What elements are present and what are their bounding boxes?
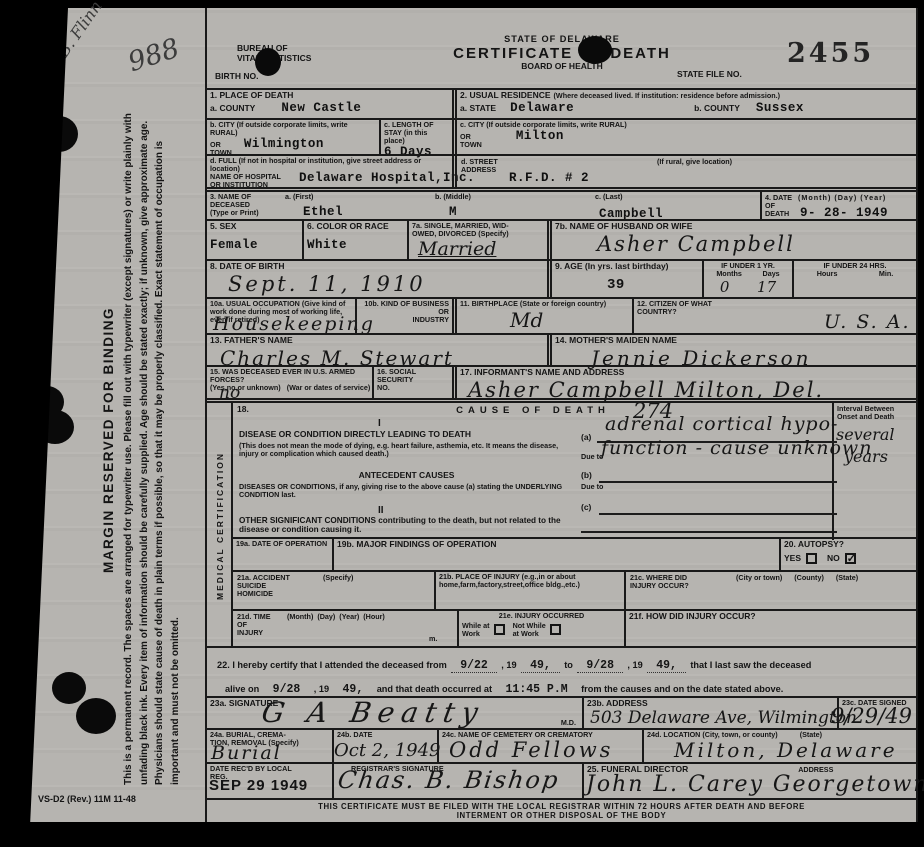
certificate-number: 2455: [787, 38, 874, 69]
field-usual-residence: 2. USUAL RESIDENCE (Where deceased lived…: [452, 90, 916, 118]
physician-signature: G A Beatty: [259, 696, 487, 729]
field-autopsy: 20. AUTOPSY? YES NO ✓: [779, 539, 916, 569]
title-block: STATE OF DELAWARE CERTIFICATE OF DEATH B…: [357, 34, 767, 72]
field-name-caption: 3. NAME OF DECEASED (Type or Print): [207, 192, 282, 219]
how-injury-label: 21f. HOW DID INJURY OCCUR?: [629, 612, 913, 622]
sex-label: 5. SEX: [210, 222, 299, 232]
street-address-label: d. STREET ADDRESS: [461, 158, 498, 174]
medical-certification-sidebar: MEDICAL CERTIFICATION: [207, 403, 233, 646]
field-first-name: a. (First) Ethel: [282, 192, 432, 219]
field-spouse: 7b. NAME OF HUSBAND OR WIFE Asher Campbe…: [547, 221, 916, 259]
residence-county-label: b. COUNTY: [694, 104, 740, 114]
autopsy-label: 20. AUTOPSY?: [784, 540, 913, 550]
field-date-of-operation: 19a. DATE OF OPERATION: [233, 539, 332, 569]
cemetery-value: Odd Fellows: [449, 738, 613, 762]
ink-blot-header: [255, 48, 281, 76]
field-registrar-signature: REGISTRAR'S SIGNATURE Chas. B. Bishop: [332, 764, 582, 798]
field-date-of-death: 4. DATE OF DEATH (Month) (Day) (Year) 9-…: [760, 192, 916, 219]
field-occupation: 10a. USUAL OCCUPATION (Give kind of work…: [207, 299, 355, 333]
residence-note: (Where deceased lived. If institution: r…: [554, 92, 780, 100]
ink-blot-bottom-left-1: [52, 672, 86, 704]
funeral-director-value: John L. Carey Georgetown, Del.: [586, 772, 924, 797]
dod-label: 4. DATE OF DEATH: [765, 194, 792, 218]
row-time-of-injury: 21d. TIME OF INJURY (Month) (Day) (Year)…: [233, 609, 916, 646]
field-birthplace: 11. BIRTHPLACE (State or foreign country…: [452, 299, 632, 333]
part-two-numeral: II: [378, 505, 384, 516]
direct-cause-label: DISEASE OR CONDITION DIRECTLY LEADING TO…: [239, 430, 574, 440]
certify-to-date: 9/28: [577, 659, 623, 673]
informant-value: Asher Campbell Milton, Del.: [468, 378, 913, 402]
antecedent-note: DISEASES OR CONDITIONS, if any, giving r…: [239, 483, 569, 499]
row-burial: 24a. BURIAL, CREMA- TION, REMOVAL (Speci…: [207, 728, 916, 762]
line-c-label: (c): [581, 503, 591, 513]
row-operation-autopsy: 19a. DATE OF OPERATION 19b. MAJOR FINDIN…: [233, 537, 916, 569]
field-middle-name: b. (Middle) M: [432, 192, 592, 219]
father-label: 13. FATHER'S NAME: [210, 336, 544, 346]
other-conditions-rule: [581, 531, 837, 533]
hospital-value: Delaware Hospital,Inc.: [299, 171, 475, 185]
hours-label: Hours: [817, 270, 838, 278]
part-one-numeral: I: [378, 418, 381, 429]
place-of-death-title: 1. PLACE OF DEATH: [210, 91, 449, 101]
field-residence-city: c. CITY (If outside corporate limits, wr…: [452, 120, 916, 154]
certify-text-9: from the causes and on the date stated a…: [581, 684, 783, 694]
armed-forces-value: no: [219, 383, 240, 403]
registrar-signature-value: Chas. B. Bishop: [336, 766, 561, 794]
received-date-stamp: SEP 29 1949: [209, 777, 308, 794]
mother-label: 14. MOTHER'S MAIDEN NAME: [555, 336, 913, 346]
where-injury-columns: (City or town) (County) (State): [736, 574, 858, 582]
not-while-at-work-checkbox: [550, 624, 561, 635]
certify-text-4: , 19: [627, 660, 642, 670]
row-dob-age: 8. DATE OF BIRTH Sept. 11, 1910 9. AGE (…: [207, 259, 916, 297]
certify-text-6: alive on: [225, 684, 259, 694]
field-date-of-birth: 8. DATE OF BIRTH Sept. 11, 1910: [207, 261, 547, 297]
other-conditions-label: OTHER SIGNIFICANT CONDITIONS contributin…: [239, 516, 574, 535]
direct-cause-note: (This does not mean the mode of dying, e…: [239, 442, 569, 458]
field-place-of-death: 1. PLACE OF DEATH a. COUNTY New Castle: [207, 90, 452, 118]
certificate-paper: MARGIN RESERVED FOR BINDING This is a pe…: [26, 8, 918, 822]
field-mother: 14. MOTHER'S MAIDEN NAME Jennie Dickerso…: [547, 335, 916, 365]
minutes-label: Min.: [879, 270, 893, 278]
autopsy-no-checkbox: ✓: [845, 553, 856, 564]
field-hospital: d. FULL (If not in hospital or instituti…: [207, 156, 452, 187]
age-value: 39: [607, 277, 699, 293]
autopsy-no-label: NO: [827, 554, 840, 564]
row-signature: 23a. SIGNATURE G A Beatty M.D. 23b. ADDR…: [207, 696, 916, 728]
row-parents: 13. FATHER'S NAME Charles M. Stewart 14.…: [207, 333, 916, 365]
form-header: BUREAU OF VITAL STATISTICS BIRTH NO. STA…: [207, 8, 916, 88]
field-last-name: c. (Last) Campbell: [592, 192, 760, 219]
row-hospital-street: d. FULL (If not in hospital or instituti…: [207, 154, 916, 187]
field-signature: 23a. SIGNATURE G A Beatty M.D.: [207, 698, 582, 728]
not-while-at-work-label: Not While at Work: [513, 622, 546, 638]
accident-label: 21a. ACCIDENT SUICIDE HOMICIDE: [237, 574, 290, 598]
residence-or-town-label: OR TOWN: [460, 133, 482, 149]
field-father: 13. FATHER'S NAME Charles M. Stewart: [207, 335, 547, 365]
occupation-value: Housekeeping: [213, 313, 375, 335]
field-time-of-injury: 21d. TIME OF INJURY (Month) (Day) (Year)…: [233, 611, 457, 646]
armed-forces-label: 15. WAS DECEASED EVER IN U.S. ARMED FORC…: [210, 368, 372, 384]
signature-md-label: M.D.: [561, 719, 576, 727]
where-injury-label: 21c. WHERE DID INJURY OCCUR?: [630, 574, 689, 590]
field-accident-type: 21a. ACCIDENT SUICIDE HOMICIDE (Specify): [233, 572, 434, 609]
row-accident: 21a. ACCIDENT SUICIDE HOMICIDE (Specify)…: [233, 570, 916, 609]
physician-address-value: 503 Delaware Ave, Wilmington: [590, 708, 857, 728]
burial-date-label: 24b. DATE: [337, 731, 434, 739]
spouse-value: Asher Campbell: [597, 232, 913, 256]
pencil-number-note: 988: [124, 33, 183, 78]
ink-blot-title: [578, 36, 612, 64]
first-name-value: Ethel: [303, 205, 429, 219]
accident-specify-note: (Specify): [323, 574, 353, 582]
spouse-label: 7b. NAME OF HUSBAND OR WIFE: [555, 222, 913, 232]
death-city-value: Wilmington: [244, 137, 324, 151]
street-address-note: (If rural, give location): [657, 158, 732, 166]
certify-text-3: to: [564, 660, 573, 670]
field-where-injury: 21c. WHERE DID INJURY OCCUR? (City or to…: [624, 572, 916, 609]
certify-text-2: , 19: [501, 660, 516, 670]
first-name-label: a. (First): [285, 193, 429, 201]
field-armed-forces: 15. WAS DECEASED EVER IN U.S. ARMED FORC…: [207, 367, 372, 398]
middle-name-value: M: [449, 205, 589, 219]
months-value: 0: [720, 278, 730, 296]
field-under-24hrs: IF UNDER 24 HRS. Hours Min.: [792, 261, 916, 297]
certify-from-year: 49,: [521, 659, 560, 673]
certify-text-5: that I last saw the deceased: [690, 660, 811, 670]
row-footer: THIS CERTIFICATE MUST BE FILED WITH THE …: [207, 798, 916, 822]
death-certificate-form: BUREAU OF VITAL STATISTICS BIRTH NO. STA…: [205, 8, 918, 822]
field-informant: 17. INFORMANT'S NAME AND ADDRESS Asher C…: [452, 367, 916, 398]
dob-label: 8. DATE OF BIRTH: [210, 262, 544, 272]
row-place-residence: 1. PLACE OF DEATH a. COUNTY New Castle 2…: [207, 88, 916, 118]
county-label: a. COUNTY: [210, 104, 255, 114]
row-service-informant: 15. WAS DECEASED EVER IN U.S. ARMED FORC…: [207, 365, 916, 398]
death-city-label: b. CITY (If outside corporate limits, wr…: [210, 121, 376, 137]
field-ssn: 16. SOCIAL SECURITY NO.: [372, 367, 452, 398]
injury-occurred-label: 21e. INJURY OCCURRED: [462, 612, 621, 620]
scanned-death-certificate: { "note": { "doctor": "Dr. L.B. Flinn", …: [0, 0, 924, 847]
interval-label: Interval Between Onset and Death: [837, 405, 913, 421]
due-to-1: Due to: [581, 453, 603, 461]
row-occupation: 10a. USUAL OCCUPATION (Give kind of work…: [207, 297, 916, 333]
dob-value: Sept. 11, 1910: [228, 272, 544, 296]
while-at-work-label: While at Work: [462, 622, 490, 638]
form-number: VS-D2 (Rev.) 11M 11-48: [38, 794, 136, 804]
birthplace-label: 11. BIRTHPLACE (State or foreign country…: [460, 300, 629, 308]
row-registrar: DATE REC'D BY LOCAL REG. SEP 29 1949 REG…: [207, 762, 916, 798]
length-of-stay-label: c. LENGTH OF STAY (in this place): [384, 121, 449, 145]
cause-of-death-section: 18. CAUSE OF DEATH 274 Interval Between …: [233, 403, 916, 537]
ssn-label: 16. SOCIAL SECURITY NO.: [377, 368, 449, 392]
operation-findings-label: 19b. MAJOR FINDINGS OF OPERATION: [337, 540, 776, 550]
binding-margin-text: MARGIN RESERVED FOR BINDING This is a pe…: [101, 95, 211, 785]
field-industry: 10b. KIND OF BUSINESS OR INDUSTRY: [355, 299, 452, 333]
informant-label: 17. INFORMANT'S NAME AND ADDRESS: [460, 368, 913, 378]
citizen-value: U. S. A.: [824, 311, 911, 333]
middle-name-label: b. (Middle): [435, 193, 589, 201]
row-city: b. CITY (If outside corporate limits, wr…: [207, 118, 916, 154]
last-name-label: c. (Last): [595, 193, 757, 201]
days-label: Days: [763, 270, 780, 278]
medical-certification-block: MEDICAL CERTIFICATION 18. CAUSE OF DEATH…: [207, 398, 916, 646]
row-sex-race: 5. SEX Female 6. COLOR OR RACE White 7a.…: [207, 219, 916, 259]
armed-forces-note2: (War or dates of service): [287, 384, 371, 392]
residence-state-value: Delaware: [510, 101, 574, 115]
field-burial-type: 24a. BURIAL, CREMA- TION, REMOVAL (Speci…: [207, 730, 332, 762]
field-place-of-injury: 21b. PLACE OF INJURY (e.g.,in or about h…: [434, 572, 624, 609]
field-date-received: DATE REC'D BY LOCAL REG. SEP 29 1949: [207, 764, 332, 798]
field-date-signed: 23c. DATE SIGNED 9/29/49: [837, 698, 916, 728]
dod-columns: (Month) (Day) (Year): [798, 194, 886, 202]
field-cemetery: 24c. NAME OF CEMETERY OR CREMATORY Odd F…: [437, 730, 642, 762]
race-value: White: [307, 238, 404, 252]
line-b-label: (b): [581, 471, 592, 481]
state-name: STATE OF DELAWARE: [357, 34, 767, 45]
state-file-no-label: STATE FILE NO.: [677, 70, 742, 80]
certify-from-date: 9/22: [451, 659, 497, 673]
binding-margin-title: MARGIN RESERVED FOR BINDING: [101, 95, 116, 785]
race-label: 6. COLOR OR RACE: [307, 222, 404, 232]
name-sub: (Type or Print): [210, 209, 279, 217]
field-street-address: d. STREET ADDRESS (If rural, give locati…: [452, 156, 916, 187]
certify-alive-year: 49,: [334, 683, 373, 697]
sex-value: Female: [210, 238, 299, 252]
birth-no-label: BIRTH NO.: [215, 72, 258, 82]
date-signed-value: 9/29/49: [831, 704, 912, 728]
field-operation-findings: 19b. MAJOR FINDINGS OF OPERATION: [332, 539, 779, 569]
field-how-injury: 21f. HOW DID INJURY OCCUR?: [624, 611, 916, 646]
row-name-dod: 3. NAME OF DECEASED (Type or Print) a. (…: [207, 187, 916, 219]
field-sex: 5. SEX Female: [207, 221, 302, 259]
field-under-1yr: IF UNDER 1 YR. Months Days 0 17: [702, 261, 792, 297]
certify-to-year: 49,: [647, 659, 686, 673]
marital-label: 7a. SINGLE, MARRIED, WID- OWED, DIVORCED…: [412, 222, 544, 238]
cause-b-rule: [599, 481, 837, 483]
certify-time-of-death: 11:45 P.M: [497, 683, 577, 697]
burial-type-value: Burial: [211, 742, 282, 764]
field-marital-status: 7a. SINGLE, MARRIED, WID- OWED, DIVORCED…: [407, 221, 547, 259]
county-value: New Castle: [281, 101, 361, 115]
industry-label: 10b. KIND OF BUSINESS OR INDUSTRY: [360, 300, 449, 324]
field-race: 6. COLOR OR RACE White: [302, 221, 407, 259]
field-death-city: b. CITY (If outside corporate limits, wr…: [207, 120, 379, 154]
age-label: 9. AGE (In yrs. last birthday): [555, 262, 699, 272]
certify-text-1: 22. I hereby certify that I attended the…: [217, 660, 447, 670]
dod-value: 9- 28- 1949: [800, 206, 888, 220]
residence-county-value: Sussex: [756, 101, 804, 115]
time-of-injury-label: 21d. TIME OF INJURY: [237, 613, 271, 637]
name-title: 3. NAME OF DECEASED: [210, 193, 279, 209]
certify-text-8: and that death occurred at: [377, 684, 492, 694]
cause-a-line1: adrenal cortical hypo-: [605, 413, 838, 435]
autopsy-yes-checkbox: [806, 553, 817, 564]
certify-text-7: , 19: [314, 684, 329, 694]
time-of-injury-columns: (Month) (Day) (Year) (Hour): [287, 613, 385, 621]
certificate-title: CERTIFICATE OF DEATH: [357, 45, 767, 62]
residence-title: 2. USUAL RESIDENCE: [460, 91, 551, 101]
field-physician-address: 23b. ADDRESS 503 Delaware Ave, Wilmingto…: [582, 698, 837, 728]
due-to-2: Due to: [581, 483, 603, 491]
residence-city-value: Milton: [516, 129, 564, 143]
time-of-injury-m: m.: [429, 635, 437, 643]
field-length-of-stay: c. LENGTH OF STAY (in this place) 6 Days: [379, 120, 452, 154]
field-age: 9. AGE (In yrs. last birthday) 39: [547, 261, 702, 297]
filing-notice: THIS CERTIFICATE MUST BE FILED WITH THE …: [207, 803, 916, 820]
row-certify-statement: 22. I hereby certify that I attended the…: [207, 646, 916, 696]
burial-date-value: Oct 2, 1949: [334, 740, 441, 761]
medical-certification-label: MEDICAL CERTIFICATION: [215, 406, 225, 646]
antecedent-title: ANTECEDENT CAUSES: [239, 471, 574, 481]
residence-state-label: a. STATE: [460, 104, 496, 114]
line-a-label: (a): [581, 433, 591, 443]
binding-margin-instructions: This is a permanent record. The spaces a…: [121, 95, 183, 785]
months-label: Months: [716, 270, 742, 278]
residence-city-label: c. CITY (If outside corporate limits, wr…: [460, 121, 913, 129]
ink-blot-bottom-left-2: [76, 698, 116, 734]
under-24hrs-label: IF UNDER 24 HRS.: [796, 262, 914, 270]
field-burial-date: 24b. DATE Oct 2, 1949: [332, 730, 437, 762]
burial-location-value: Milton, Delaware: [674, 738, 898, 762]
field-burial-location: 24d. LOCATION (City, town, or county) (S…: [642, 730, 916, 762]
date-of-operation-label: 19a. DATE OF OPERATION: [236, 540, 329, 548]
autopsy-yes-label: YES: [784, 554, 801, 564]
cause-a-line2: function - cause unknown: [601, 437, 872, 459]
field-citizen: 12. CITIZEN OF WHAT COUNTRY? U. S. A.: [632, 299, 916, 333]
certify-alive-date: 9/28: [264, 683, 310, 697]
cause-c-rule: [599, 513, 837, 515]
street-address-value: R.F.D. # 2: [509, 171, 589, 185]
field-funeral-director: 25. FUNERAL DIRECTOR ADDRESS John L. Car…: [582, 764, 916, 798]
field-injury-occurred: 21e. INJURY OCCURRED While at Work Not W…: [457, 611, 624, 646]
place-of-injury-label: 21b. PLACE OF INJURY (e.g.,in or about h…: [439, 573, 621, 589]
medical-certification-content: 18. CAUSE OF DEATH 274 Interval Between …: [233, 403, 916, 646]
while-at-work-checkbox: [494, 624, 505, 635]
marital-value: Married: [418, 238, 544, 260]
interval-column: Interval Between Onset and Death several…: [832, 403, 916, 540]
days-value: 17: [757, 278, 776, 296]
birthplace-value: Md: [510, 308, 629, 332]
